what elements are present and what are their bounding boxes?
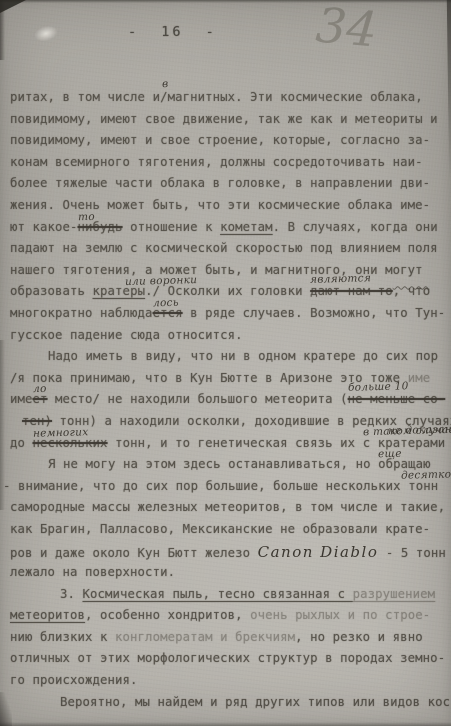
- folio-number-handwritten: 34: [314, 0, 380, 59]
- typed-text: име: [10, 392, 33, 406]
- underlined-text: метеоритов: [10, 608, 85, 622]
- struck-text: дают нам то: [310, 284, 393, 298]
- text-line: более тяжелые части облака в головке, в …: [10, 176, 446, 198]
- text-line: повидимому, имеют и свое строение, котор…: [10, 133, 446, 155]
- typed-text: тонн, и то генетическая связь их: [108, 436, 363, 450]
- typed-text: име: [408, 371, 431, 385]
- text-line: - внимание, что до сих пор большие, боль…: [3, 479, 446, 501]
- typed-text: в ряде случаев. Возможно, что Тун-: [183, 306, 446, 320]
- text-line: ров и даже около Кун Бютт железо Canon D…: [10, 543, 446, 565]
- typed-text: как Брагин, Палласово, Мексиканские не о…: [10, 522, 430, 536]
- typed-text: ритах, в том числе и: [10, 90, 160, 104]
- scan-edge-left: [0, 0, 5, 60]
- text-line: падают на землю с космической скоростью …: [10, 241, 446, 263]
- text-line: Надо иметь в виду, что ни в одном кратер…: [10, 349, 446, 371]
- typed-text: ров и даже около Кун Бютт железо: [10, 546, 258, 560]
- typed-text: , но резко и явно: [295, 630, 423, 644]
- text-line: Я не могу на этом здесь останавливаться,…: [10, 457, 446, 479]
- text-line: Вероятно, мы найдем и ряд других типов и…: [10, 695, 446, 717]
- struck-text: тен): [22, 414, 52, 428]
- typed-text: . В случаях, когда они: [273, 220, 438, 234]
- text-line: самородные массы железных метеоритов, в …: [10, 500, 446, 522]
- typed-text: нию близких к: [10, 630, 115, 644]
- typed-text: - внимание, что до сих пор большие, боль…: [3, 479, 401, 493]
- typed-text: образовать: [10, 284, 93, 298]
- text-line: конам всемирного тяготения, должны сосре…: [10, 155, 446, 177]
- typed-text: самородные массы железных метеоритов, в …: [10, 500, 445, 514]
- typed-text: , особенно хондритов,: [85, 608, 250, 622]
- text-line: 3. Космическая пыль, тесно связанная с р…: [10, 587, 446, 609]
- text-line: го происхождения.: [10, 673, 446, 695]
- text-line: нашего тяготения, а может быть, и магнит…: [10, 263, 446, 285]
- typed-text: ют какое-: [10, 220, 78, 234]
- paper-light-spot: [32, 23, 59, 44]
- text-line: образовать кратеры.или воронки/ Осколки …: [10, 284, 446, 306]
- typed-text: гусское падение сюда относится.: [10, 328, 243, 342]
- typed-text: более тяжелые части облака в головке, в …: [10, 176, 430, 190]
- underlined-text: кометам: [220, 220, 273, 234]
- text-line: отличных от этих морфологических структу…: [10, 651, 446, 673]
- typed-text: конгломератам и брекчиям: [115, 630, 295, 644]
- text-line: как Брагин, Палласово, Мексиканские не о…: [10, 522, 446, 544]
- struck-text: не меньше со-: [348, 392, 446, 406]
- handwritten-inline: Canon Diablo: [258, 543, 379, 561]
- text-line: ют какое-тонибудь отношение к кометам. В…: [10, 220, 446, 242]
- text-line: повидимому, имеют свое движение, так же …: [10, 112, 446, 134]
- typed-text: конам всемирного тяготения, должны сосре…: [10, 155, 423, 169]
- text-line: жения. Очень может быть, что эти космиче…: [10, 198, 446, 220]
- typed-text: - 5 тонн: [378, 546, 446, 560]
- typed-text: 3.: [60, 587, 83, 601]
- typed-text: го происхождения.: [10, 673, 138, 687]
- typed-text: Надо иметь в виду, что ни в одном кратер…: [48, 349, 438, 363]
- typed-text: отношение к: [123, 220, 221, 234]
- text-line: ритах, в том числе ив/магнитных. Эти кос…: [10, 90, 446, 112]
- text-line: нию близких к конгломератам и брекчиям, …: [10, 630, 446, 652]
- text-line: гусское падение сюда относится.: [10, 328, 446, 350]
- scan-edge-bottom: [0, 722, 451, 726]
- text-line: многократно наблюдалосьется в ряде случа…: [10, 306, 446, 328]
- document-body: ритах, в том числе ив/магнитных. Эти кос…: [10, 90, 446, 716]
- text-line: метеоритов, особенно хондритов, очень ры…: [10, 608, 446, 630]
- typed-text: до: [10, 436, 33, 450]
- typed-text: место/ не находили большого метеорита (: [48, 392, 348, 406]
- typed-text: жения. Очень может быть, что эти космиче…: [10, 198, 430, 212]
- scan-edge-top: [0, 0, 451, 3]
- typed-text: повидимому, имеют и свое строение, котор…: [10, 133, 430, 147]
- typed-text: падают на землю с космической скоростью …: [10, 241, 438, 255]
- typed-text: очень рыхлых и по строе-: [250, 608, 430, 622]
- underlined-text: разрушением: [353, 587, 436, 601]
- text-line: лежало на поверхности.: [10, 565, 446, 587]
- typed-text: Я не могу на этом здесь останавливаться,…: [48, 457, 378, 471]
- typed-text: Вероятно, мы найдем и ряд других типов и…: [60, 695, 451, 709]
- scanned-document-page: - 16 - 34 ритах, в том числе ив/магнитны…: [0, 0, 451, 726]
- underlined-text: Космическая пыль, тесно связанная с: [83, 587, 353, 601]
- typed-text: многократно наблюда: [10, 306, 153, 320]
- typed-text: лежало на поверхности.: [10, 565, 175, 579]
- typed-text: повидимому, имеют свое движение, так же …: [10, 112, 438, 126]
- typed-text: /магнитных. Эти космические облака,: [160, 90, 423, 104]
- typed-text: отличных от этих морфологических структу…: [10, 651, 445, 665]
- page-number: - 16 -: [128, 24, 217, 40]
- text-line: имелоет место/ не находили большого мете…: [10, 392, 446, 414]
